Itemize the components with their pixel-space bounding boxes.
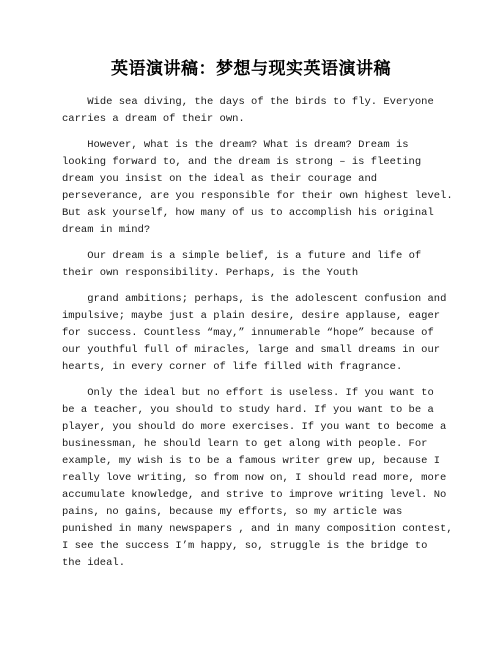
- document-page: 英语演讲稿：梦想与现实英语演讲稿 Wide sea diving, the da…: [0, 0, 502, 649]
- paragraph: Only the ideal but no effort is useless.…: [62, 385, 460, 572]
- document-title: 英语演讲稿：梦想与现实英语演讲稿: [0, 57, 502, 81]
- paragraph: Wide sea diving, the days of the birds t…: [62, 94, 460, 128]
- document-body: Wide sea diving, the days of the birds t…: [62, 94, 460, 572]
- paragraph: grand ambitions; perhaps, is the adolesc…: [62, 291, 460, 376]
- paragraph: However, what is the dream? What is drea…: [62, 137, 460, 239]
- paragraph: Our dream is a simple belief, is a futur…: [62, 248, 460, 282]
